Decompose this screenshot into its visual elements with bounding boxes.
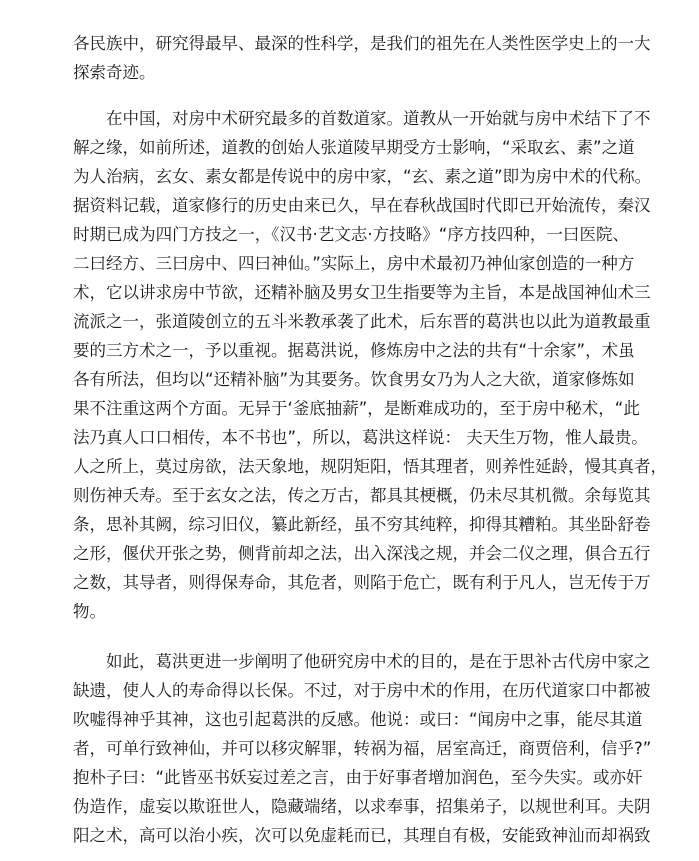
text-line: 人之所上，莫过房欲，法天象地，规阴矩阳，悟其理者，则养性延龄，慢其真者， [73,452,629,481]
text-line: 为人治病，玄女、素女都是传说中的房中家，“玄、素之道”即为房中术的代称。 [73,162,629,191]
text-line: 要的三方术之一，予以重视。据葛洪说，修炼房中之法的共有“十余家”，术虽 [73,336,629,365]
text-line: 据资料记载，道家修行的历史由来已久，早在春秋战国时代即已开始流传，秦汉 [73,191,629,220]
text-line: 法乃真人口口相传，本不书也”，所以，葛洪这样说： 夫天生万物，惟人最贵。 [73,423,629,452]
text-line: 果不注重这两个方面。无异于‘釜底抽薪”，是断难成功的，至于房中秘术，“此 [73,394,629,423]
document-page: 各民族中，研究得最早、最深的性科学，是我们的祖先在人类性医学史上的一大 探索奇迹… [73,29,629,850]
text-line: 各有所法，但均以“还精补脑”为其要务。饮食男女乃为人之大欲，道家修炼如 [73,365,629,394]
text-line: 二曰经方、三曰房中、四曰神仙。”实际上，房中术最初乃神仙家创造的一种方 [73,249,629,278]
paragraph-spacer [73,87,629,104]
text-line: 则伤神夭寿。至于玄女之法，传之万古，都具其梗概，仍未尽其机微。余每览其 [73,481,629,510]
text-line: 时期已成为四门方技之一，《汉书·艺文志·方技略》“序方技四种，一曰医院、 [73,220,629,249]
text-line: 阳之术，高可以治小疾，次可以免虚耗而已，其理自有极，安能致神汕而却祸致 [73,821,629,850]
text-line: 之形，偃伏开张之势，侧背前却之法，出入深浅之规，并会二仪之理，俱合五行 [73,539,629,568]
paragraph-1: 各民族中，研究得最早、最深的性科学，是我们的祖先在人类性医学史上的一大 探索奇迹… [73,29,629,87]
text-line: 解之缘，如前所述，道教的创始人张道陵早期受方士影响，“采取玄、素”之道 [73,133,629,162]
paragraph-3: 如此，葛洪更进一步阐明了他研究房中术的目的，是在于思补古代房中家之 缺遗，使人人… [73,647,629,850]
paragraph-2: 在中国，对房中术研究最多的首数道家。道教从一开始就与房中术结下了不 解之缘，如前… [73,104,629,626]
text-line: 吹嘘得神乎其神，这也引起葛洪的反感。他说：或曰：“闻房中之事，能尽其道 [73,705,629,734]
text-line: 条，思补其阙，综习旧仪，纂此新经，虽不穷其纯粹，抑得其糟粕。其坐卧舒卷 [73,510,629,539]
paragraph-spacer [73,626,629,647]
text-line: 术，它以讲求房中节欲，还精补脑及男女卫生指要等为主旨，本是战国神仙术三 [73,278,629,307]
text-line: 各民族中，研究得最早、最深的性科学，是我们的祖先在人类性医学史上的一大 [73,29,629,58]
text-line: 抱朴子曰：“此皆巫书妖妄过差之言，由于好事者增加润色，至今失实。或亦奸 [73,763,629,792]
text-line: 如此，葛洪更进一步阐明了他研究房中术的目的，是在于思补古代房中家之 [73,647,629,676]
text-line: 缺遗，使人人的寿命得以长保。不过，对于房中术的作用，在历代道家口中都被 [73,676,629,705]
text-line: 探索奇迹。 [73,58,629,87]
text-line: 之数，其导者，则得保寿命，其危者，则陷于危亡，既有利于凡人，岂无传于万 [73,568,629,597]
text-line: 流派之一，张道陵创立的五斗米教承袭了此术，后东晋的葛洪也以此为道教最重 [73,307,629,336]
text-line: 物。 [73,597,629,626]
text-line: 者，可单行致神仙，并可以移灾解罪，转祸为福，居室高迁，商贾倍利，信乎?” [73,734,629,763]
text-line: 在中国，对房中术研究最多的首数道家。道教从一开始就与房中术结下了不 [73,104,629,133]
text-line: 伪造作，虚妄以欺诳世人，隐藏端绪，以求奉事，招集弟子，以规世利耳。夫阴 [73,792,629,821]
